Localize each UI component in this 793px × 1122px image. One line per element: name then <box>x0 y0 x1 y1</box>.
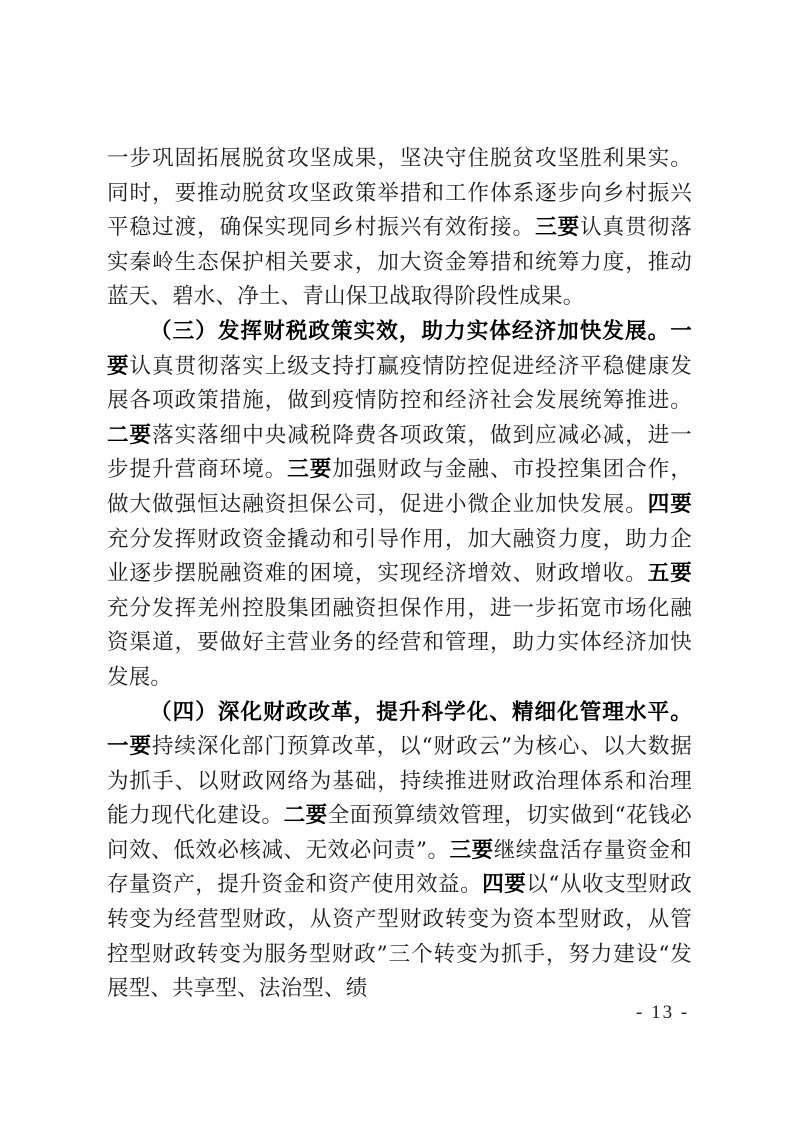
bold-run: 三要 <box>535 215 580 240</box>
text-run: 充分发挥财政资金撬动和引导作用，加大融资力度，助力企业逐步摆脱融资难的困境，实现… <box>107 527 692 587</box>
bold-run: 四要 <box>482 872 526 897</box>
text-run: 充分发挥羌州控股集团融资担保作用，进一步拓宽市场化融资渠道，要做好主营业务的经营… <box>107 596 692 690</box>
document-body: 一步巩固拓展脱贫攻坚成果，坚决守住脱贫攻坚胜利果实。同时，要推动脱贫攻坚政策举措… <box>107 142 692 1007</box>
paragraph-section-3: （三）发挥财税政策实效，助力实体经济加快发展。一要认真贯彻落实上级支持打赢疫情防… <box>107 315 692 696</box>
page-number: - 13 - <box>636 1002 689 1024</box>
bold-run: 四要 <box>648 492 692 517</box>
paragraph-section-4: （四）深化财政改革，提升科学化、精细化管理水平。一要持续深化部门预算改革，以“财… <box>107 696 692 1007</box>
text-run: 认真贯彻落实上级支持打赢疫情防控促进经济平稳健康发展各项政策措施，做到疫情防控和… <box>107 354 692 414</box>
paragraph-1: 一步巩固拓展脱贫攻坚成果，坚决守住脱贫攻坚胜利果实。同时，要推动脱贫攻坚政策举措… <box>107 142 692 315</box>
bold-run: 三要 <box>287 457 332 482</box>
bold-run: 二要 <box>107 423 152 448</box>
bold-run: 五要 <box>648 561 692 586</box>
bold-run: 二要 <box>284 803 328 828</box>
bold-run: 三要 <box>450 838 494 863</box>
